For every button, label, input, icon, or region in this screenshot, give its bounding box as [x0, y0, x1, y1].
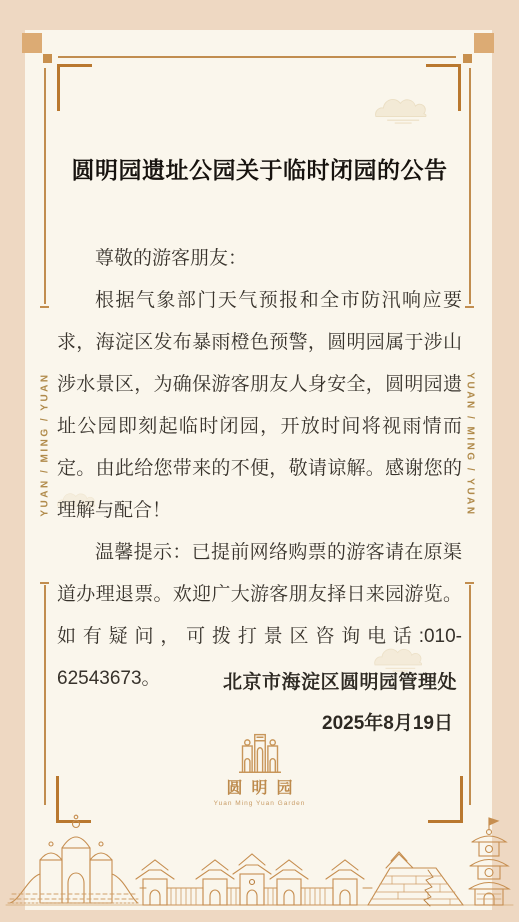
- side-text-right: YUAN / MING / YUAN: [465, 320, 476, 570]
- salutation: 尊敬的游客朋友：: [57, 238, 462, 280]
- corner-square-top-left-small: [43, 54, 52, 63]
- terrace-icon: [368, 852, 463, 906]
- yuanmingyuan-gate-logo-icon: [232, 732, 288, 774]
- logo-name-cn: 圆明园: [0, 781, 519, 797]
- frame-left-cap-lower: [40, 582, 49, 584]
- skyline-buildings-icon: [0, 808, 519, 912]
- palace-ruins-icon: [8, 815, 140, 903]
- frame-top-line: [58, 56, 456, 58]
- gate-wall-icon: [136, 854, 372, 905]
- issue-date: 2025年8月19日: [322, 708, 453, 735]
- corner-square-top-left-big: [22, 33, 42, 53]
- corner-square-top-right-big: [474, 33, 494, 53]
- pagoda-icon: [469, 818, 509, 905]
- frame-right-cap-upper: [465, 306, 474, 308]
- corner-bracket-top-left: [57, 64, 92, 111]
- frame-right-cap-lower: [465, 582, 474, 584]
- issuer-signature: 北京市海淀区圆明园管理处: [223, 667, 457, 694]
- paragraph-closure: 根据气象部门天气预报和全市防汛响应要求，海淀区发布暴雨橙色预警，圆明园属于涉山涉…: [57, 280, 462, 532]
- frame-left-cap-upper: [40, 306, 49, 308]
- logo-name-en: Yuan Ming Yuan Garden: [0, 801, 519, 808]
- notice-poster: YUAN / MING / YUAN YUAN / MING / YUAN 圆明…: [0, 0, 519, 922]
- frame-left-line-upper: [44, 68, 46, 304]
- frame-right-line-upper: [469, 68, 471, 304]
- side-text-left: YUAN / MING / YUAN: [40, 320, 51, 570]
- cloud-icon: [368, 92, 444, 124]
- notice-title: 圆明园遗址公园关于临时闭园的公告: [0, 152, 519, 185]
- corner-square-top-right-small: [463, 54, 472, 63]
- yuanmingyuan-logo: 圆明园 Yuan Ming Yuan Garden: [0, 732, 519, 808]
- notice-body: 尊敬的游客朋友： 根据气象部门天气预报和全市防汛响应要求，海淀区发布暴雨橙色预警…: [57, 238, 462, 700]
